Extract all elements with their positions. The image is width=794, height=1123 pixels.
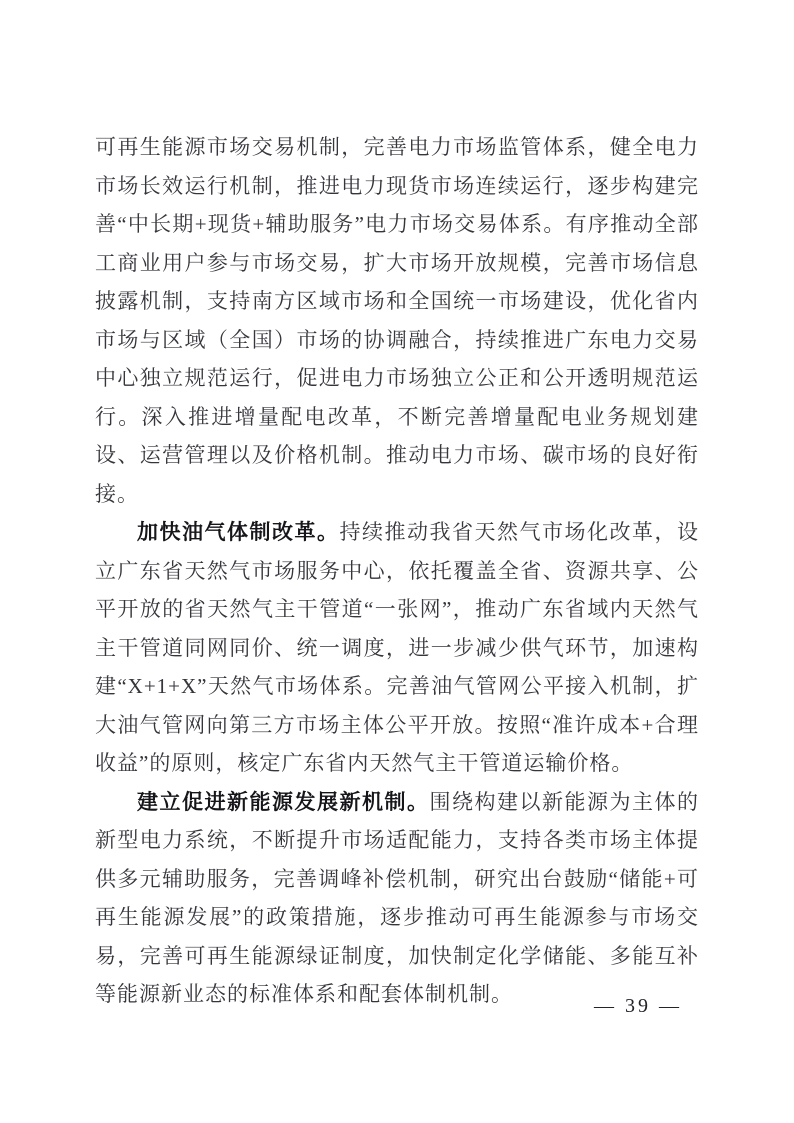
paragraph-lead-heading: 加快油气体制改革。	[137, 520, 340, 544]
paragraph-body: 可再生能源市场交易机制，完善电力市场监管体系，健全电力市场长效运行机制，推进电力…	[95, 135, 699, 506]
page-body-text: 可再生能源市场交易机制，完善电力市场监管体系，健全电力市场长效运行机制，推进电力…	[95, 128, 699, 1014]
page-number: — 39 —	[594, 995, 682, 1018]
paragraph-new-energy-mechanism: 建立促进新能源发展新机制。围绕构建以新能源为主体的新型电力系统，不断提升市场适配…	[95, 783, 699, 1014]
paragraph-body: 持续推动我省天然气市场化改革，设立广东省天然气市场服务中心，依托覆盖全省、资源共…	[95, 520, 699, 775]
document-page: { "page": { "number_label": "— 39 —" }, …	[0, 0, 794, 1123]
paragraph-oil-gas-reform: 加快油气体制改革。持续推动我省天然气市场化改革，设立广东省天然气市场服务中心，依…	[95, 513, 699, 783]
paragraph-body: 围绕构建以新能源为主体的新型电力系统，不断提升市场适配能力，支持各类市场主体提供…	[95, 790, 699, 1007]
paragraph-power-market-continuation: 可再生能源市场交易机制，完善电力市场监管体系，健全电力市场长效运行机制，推进电力…	[95, 128, 699, 513]
page-canvas: 可再生能源市场交易机制，完善电力市场监管体系，健全电力市场长效运行机制，推进电力…	[0, 0, 794, 1123]
paragraph-lead-heading: 建立促进新能源发展新机制。	[137, 790, 430, 814]
